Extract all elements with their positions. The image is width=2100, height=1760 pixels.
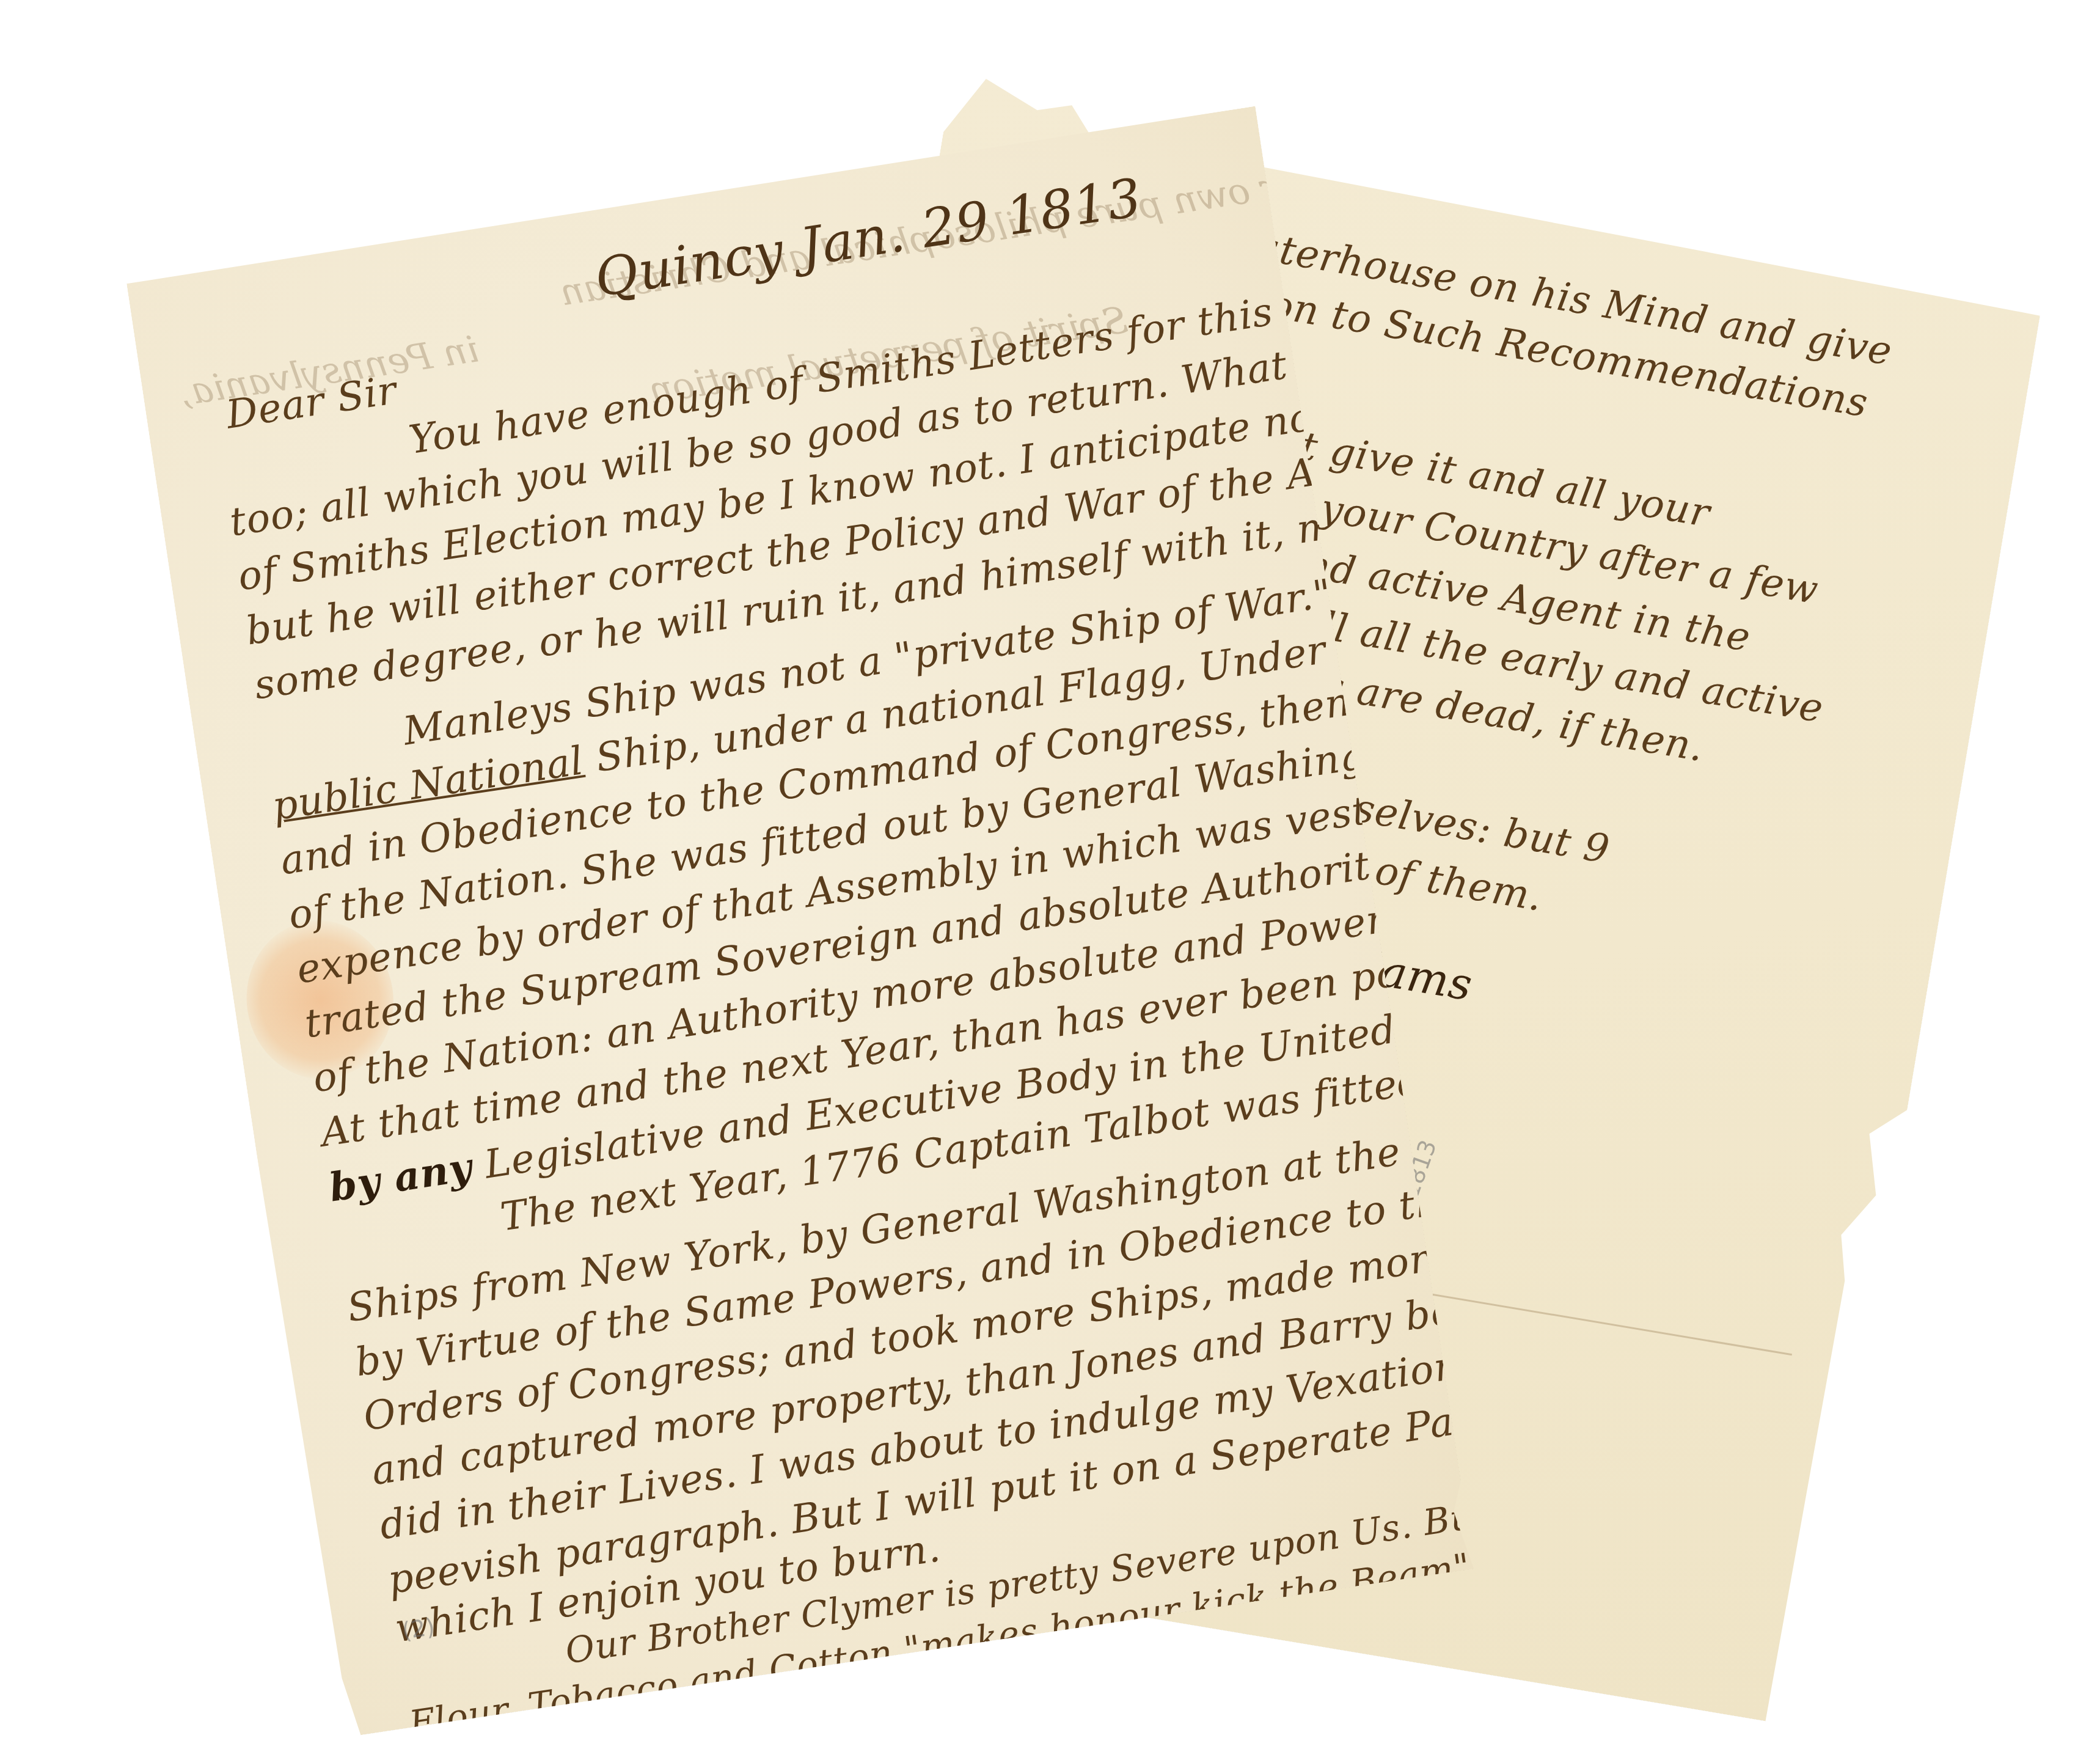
dateline: Quincy Jan. 29 1813 — [591, 167, 1146, 309]
front-letter-leaf: in Pennsylvania, your own pure philosoph… — [125, 106, 1474, 1738]
pencil-page-number: (2) — [400, 1613, 437, 1645]
emphasized-phrase: by any — [326, 1145, 475, 1211]
